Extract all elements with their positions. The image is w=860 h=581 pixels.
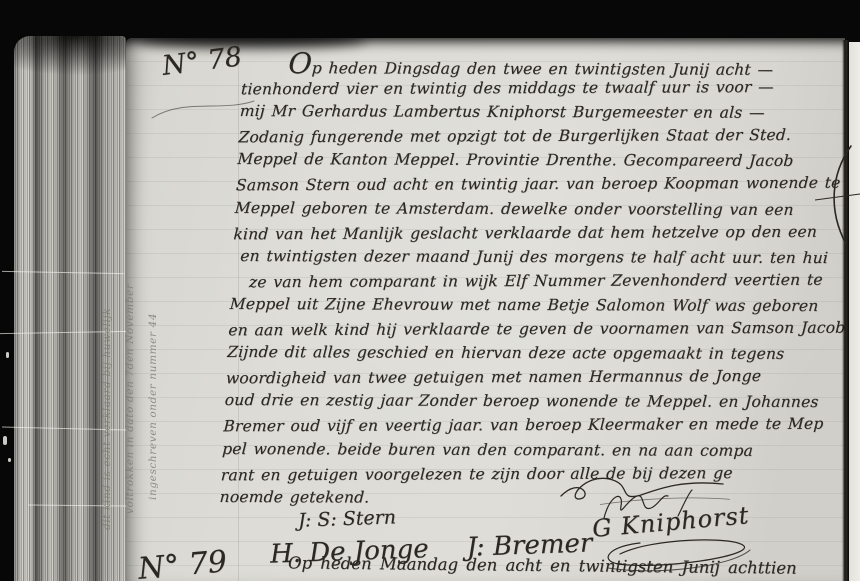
record-line: en twintigsten dezer maand Junij des mor…	[232, 244, 833, 270]
record-line: rant en getuigen voorgelezen te zijn doo…	[220, 460, 821, 487]
record-line: pel wonende. beide buren van den compara…	[222, 436, 823, 462]
record-line: Meppel de Kanton Meppel. Provintie Drent…	[237, 147, 838, 173]
record-line: mij Mr Gerhardus Lambertus Kniphorst Bur…	[239, 99, 840, 125]
margin-note: dit kind is echt verklaard bij huwelijk …	[96, 60, 170, 530]
margin-note-line: voltrokken in dato den 7den November	[119, 60, 142, 530]
record-line: en aan welk kind hij verklaarde te geven…	[228, 316, 829, 343]
record-line: Meppel geboren te Amsterdam. dewelke ond…	[234, 196, 835, 222]
register-page: N° 78 Op heden Dingsdag den twee en twin…	[126, 38, 845, 581]
margin-note-line: ingeschreven onder nummer 44	[142, 60, 165, 530]
next-page-strip	[849, 42, 860, 581]
record-line: woordigheid van twee getuigen met namen …	[225, 364, 826, 391]
record-line: Zijnde dit alles geschied en hiervan dez…	[227, 340, 828, 366]
record-line: Samson Stern oud acht en twintig jaar. v…	[235, 171, 836, 198]
dust-speck	[6, 352, 9, 358]
scan-edge-smudge	[136, 38, 366, 48]
margin-note-line: dit kind is echt verklaard bij huwelijk	[96, 60, 119, 530]
registry-book-scan: N° 78 Op heden Dingsdag den twee en twin…	[0, 0, 860, 581]
record-line: Bremer oud vijf en veertig jaar. van ber…	[223, 412, 824, 439]
next-page-ink-mark	[815, 140, 860, 252]
record-line: oud drie en zestig jaar Zonder beroep wo…	[224, 388, 825, 414]
signature-declarant: J: S: Stern	[298, 506, 397, 531]
page-fold-line	[842, 40, 849, 581]
dust-speck	[8, 458, 11, 462]
record-line: Zodanig fungerende met opzigt tot de Bur…	[238, 123, 839, 150]
next-record-number: N° 79	[137, 544, 229, 581]
record-line: ze van hem comparant in wijk Elf Nummer …	[230, 268, 831, 295]
record-line: Op heden Dingsdag den twee en twintigste…	[242, 51, 843, 77]
record-line: kind van het Manlijk geslacht verklaarde…	[233, 219, 834, 246]
record-text-block: Op heden Dingsdag den twee en twintigste…	[219, 52, 843, 510]
record-number: N° 78	[160, 41, 243, 82]
dust-speck	[3, 436, 7, 445]
record-line: tienhonderd vier en twintig des middags …	[240, 75, 841, 102]
record-line: Meppel uit Zijne Ehevrouw met name Betje…	[229, 292, 830, 318]
next-record-opening-line: Op heden Maandag den acht en twintigsten…	[288, 553, 797, 577]
